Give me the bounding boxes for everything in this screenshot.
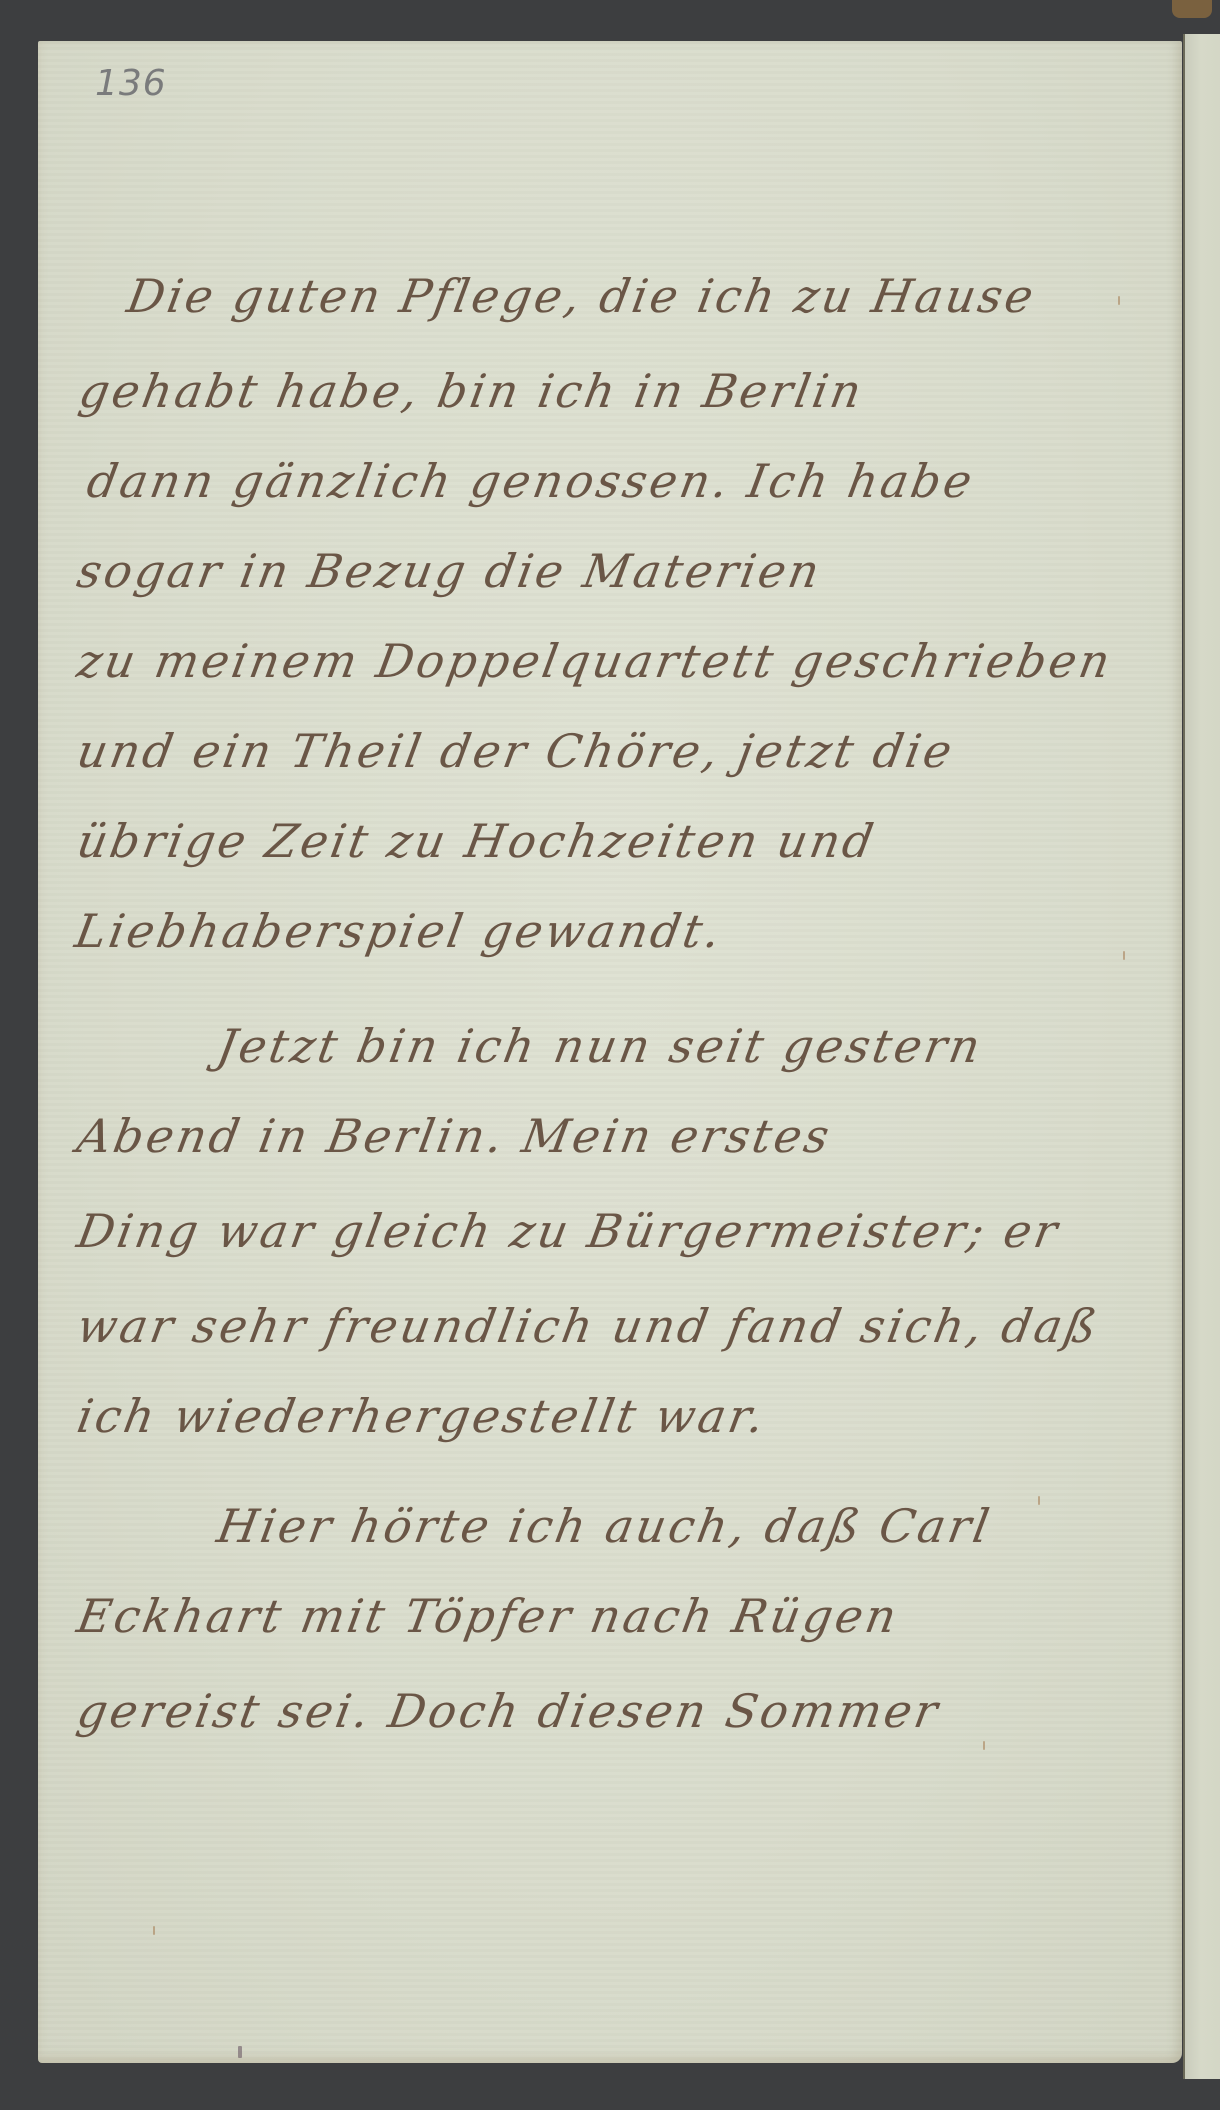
paper-speck xyxy=(1118,296,1120,305)
paper-speck xyxy=(1038,1496,1040,1505)
manuscript-line: dann gänzlich genossen. Ich habe xyxy=(30,436,1220,526)
manuscript-line: war sehr freundlich und fand sich, daß xyxy=(30,1281,1220,1371)
paper-speck xyxy=(983,1741,985,1750)
manuscript-line: Liebhaberspiel gewandt. xyxy=(30,886,1220,976)
paper-speck xyxy=(153,1926,155,1935)
manuscript-line: Eckhart mit Töpfer nach Rügen xyxy=(30,1571,1220,1661)
manuscript-line: gehabt habe, bin ich in Berlin xyxy=(30,346,1220,436)
paper-speck xyxy=(1123,951,1125,960)
manuscript-line: Abend in Berlin. Mein erstes xyxy=(30,1091,1220,1181)
manuscript-line: ich wiederhergestellt war. xyxy=(30,1371,1220,1461)
page-number: 136 xyxy=(95,63,167,104)
manuscript-line: Ding war gleich zu Bürgermeister; er xyxy=(30,1186,1220,1276)
manuscript-line: gereist sei. Doch diesen Sommer xyxy=(30,1666,1220,1756)
manuscript-line: Jetzt bin ich nun seit gestern xyxy=(30,1001,1220,1091)
manuscript-line: Die guten Pflege, die ich zu Hause xyxy=(30,251,1220,341)
manuscript-line: Hier hörte ich auch, daß Carl xyxy=(30,1481,1220,1571)
manuscript-line: sogar in Bezug die Materien xyxy=(30,526,1220,616)
manuscript-line: und ein Theil der Chöre, jetzt die xyxy=(30,706,1220,796)
manuscript-line: übrige Zeit zu Hochzeiten und xyxy=(30,796,1220,886)
manuscript-page: 136 Die guten Pflege, die ich zu Hause g… xyxy=(38,41,1182,2063)
manuscript-line: zu meinem Doppelquartett geschrieben xyxy=(30,616,1220,706)
binding-edge xyxy=(1172,0,1212,18)
paper-speck xyxy=(238,2046,242,2058)
